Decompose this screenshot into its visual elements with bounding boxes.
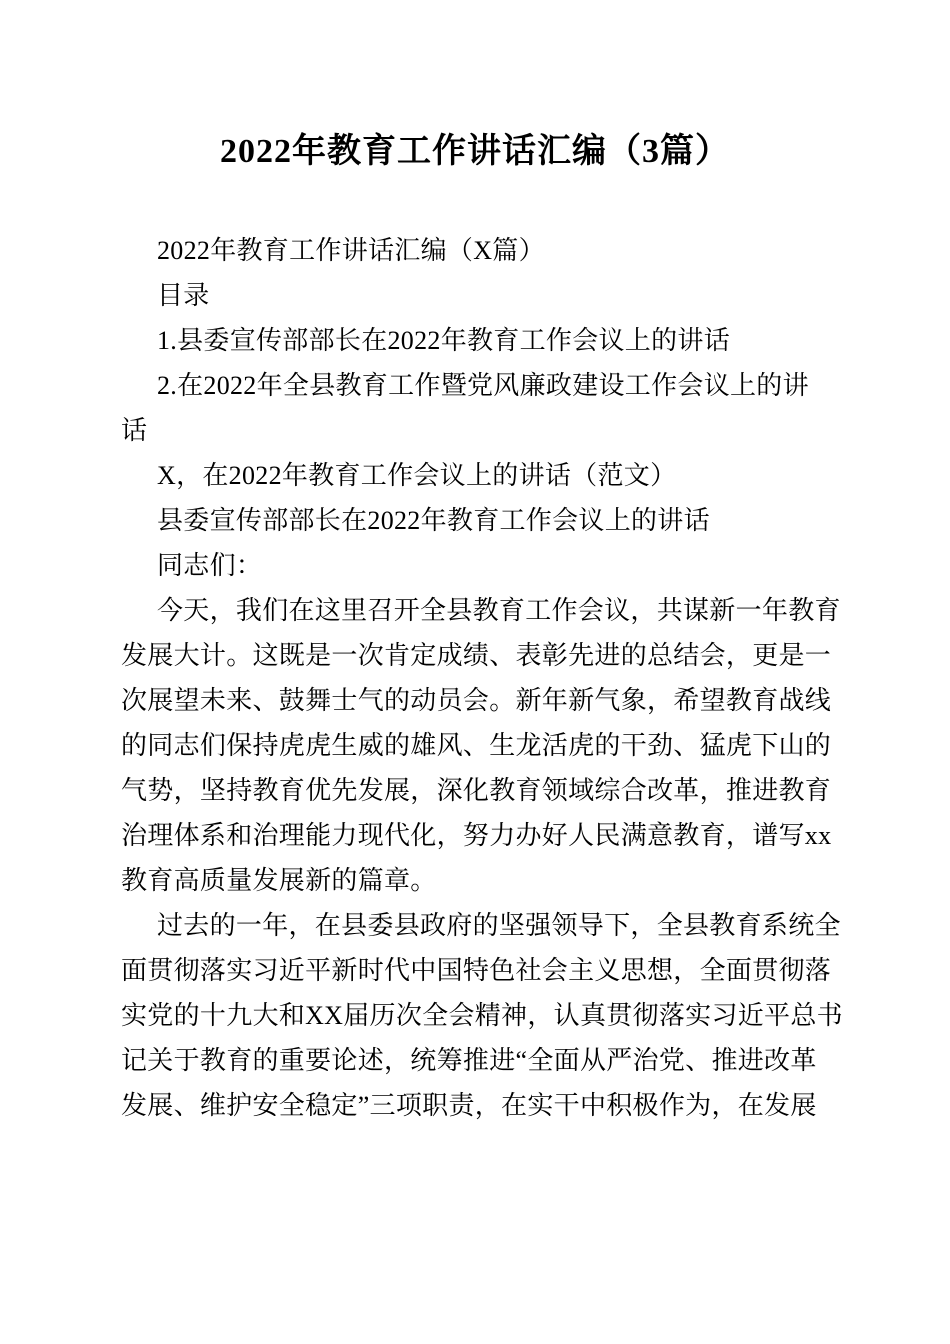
toc-label: 目录 bbox=[121, 273, 833, 318]
paragraph-1-line-2: 发展大计。这既是一次肯定成绩、表彰先进的总结会，更是一 bbox=[121, 633, 833, 678]
toc-item-2-line-1: 2.在2022年全县教育工作暨党风廉政建设工作会议上的讲 bbox=[121, 363, 833, 408]
paragraph-2-line-2: 面贯彻落实习近平新时代中国特色社会主义思想，全面贯彻落 bbox=[121, 948, 833, 993]
paragraph-2-line-4: 记关于教育的重要论述，统筹推进“全面从严治党、推进改革 bbox=[121, 1038, 833, 1083]
document-body: 2022年教育工作讲话汇编（X篇） 目录 1.县委宣传部部长在2022年教育工作… bbox=[121, 228, 833, 1128]
salutation: 同志们： bbox=[121, 543, 833, 588]
toc-item-1: 1.县委宣传部部长在2022年教育工作会议上的讲话 bbox=[121, 318, 833, 363]
speech-heading: 县委宣传部部长在2022年教育工作会议上的讲话 bbox=[121, 498, 833, 543]
paragraph-1-line-7: 教育高质量发展新的篇章。 bbox=[121, 858, 833, 903]
paragraph-1-line-3: 次展望未来、鼓舞士气的动员会。新年新气象，希望教育战线 bbox=[121, 678, 833, 723]
paragraph-1-line-1: 今天，我们在这里召开全县教育工作会议，共谋新一年教育 bbox=[121, 588, 833, 633]
paragraph-2-line-5: 发展、维护安全稳定”三项职责，在实干中积极作为，在发展 bbox=[121, 1083, 833, 1128]
paragraph-1-line-4: 的同志们保持虎虎生威的雄风、生龙活虎的干劲、猛虎下山的 bbox=[121, 723, 833, 768]
toc-item-2-line-2: 话 bbox=[121, 408, 833, 453]
paragraph-1-line-6: 治理体系和治理能力现代化，努力办好人民满意教育，谱写xx bbox=[121, 813, 833, 858]
paragraph-2-line-1: 过去的一年，在县委县政府的坚强领导下，全县教育系统全 bbox=[121, 903, 833, 948]
paragraph-2-line-3: 实党的十九大和XX届历次全会精神，认真贯彻落实习近平总书 bbox=[121, 993, 833, 1038]
subtitle-line: 2022年教育工作讲话汇编（X篇） bbox=[121, 228, 833, 273]
document-page: 2022年教育工作讲话汇编（3篇） 2022年教育工作讲话汇编（X篇） 目录 1… bbox=[0, 0, 950, 1344]
paragraph-1-line-5: 气势，坚持教育优先发展，深化教育领域综合改革，推进教育 bbox=[121, 768, 833, 813]
document-title: 2022年教育工作讲话汇编（3篇） bbox=[0, 129, 950, 174]
toc-item-x: X，在2022年教育工作会议上的讲话（范文） bbox=[121, 453, 833, 498]
